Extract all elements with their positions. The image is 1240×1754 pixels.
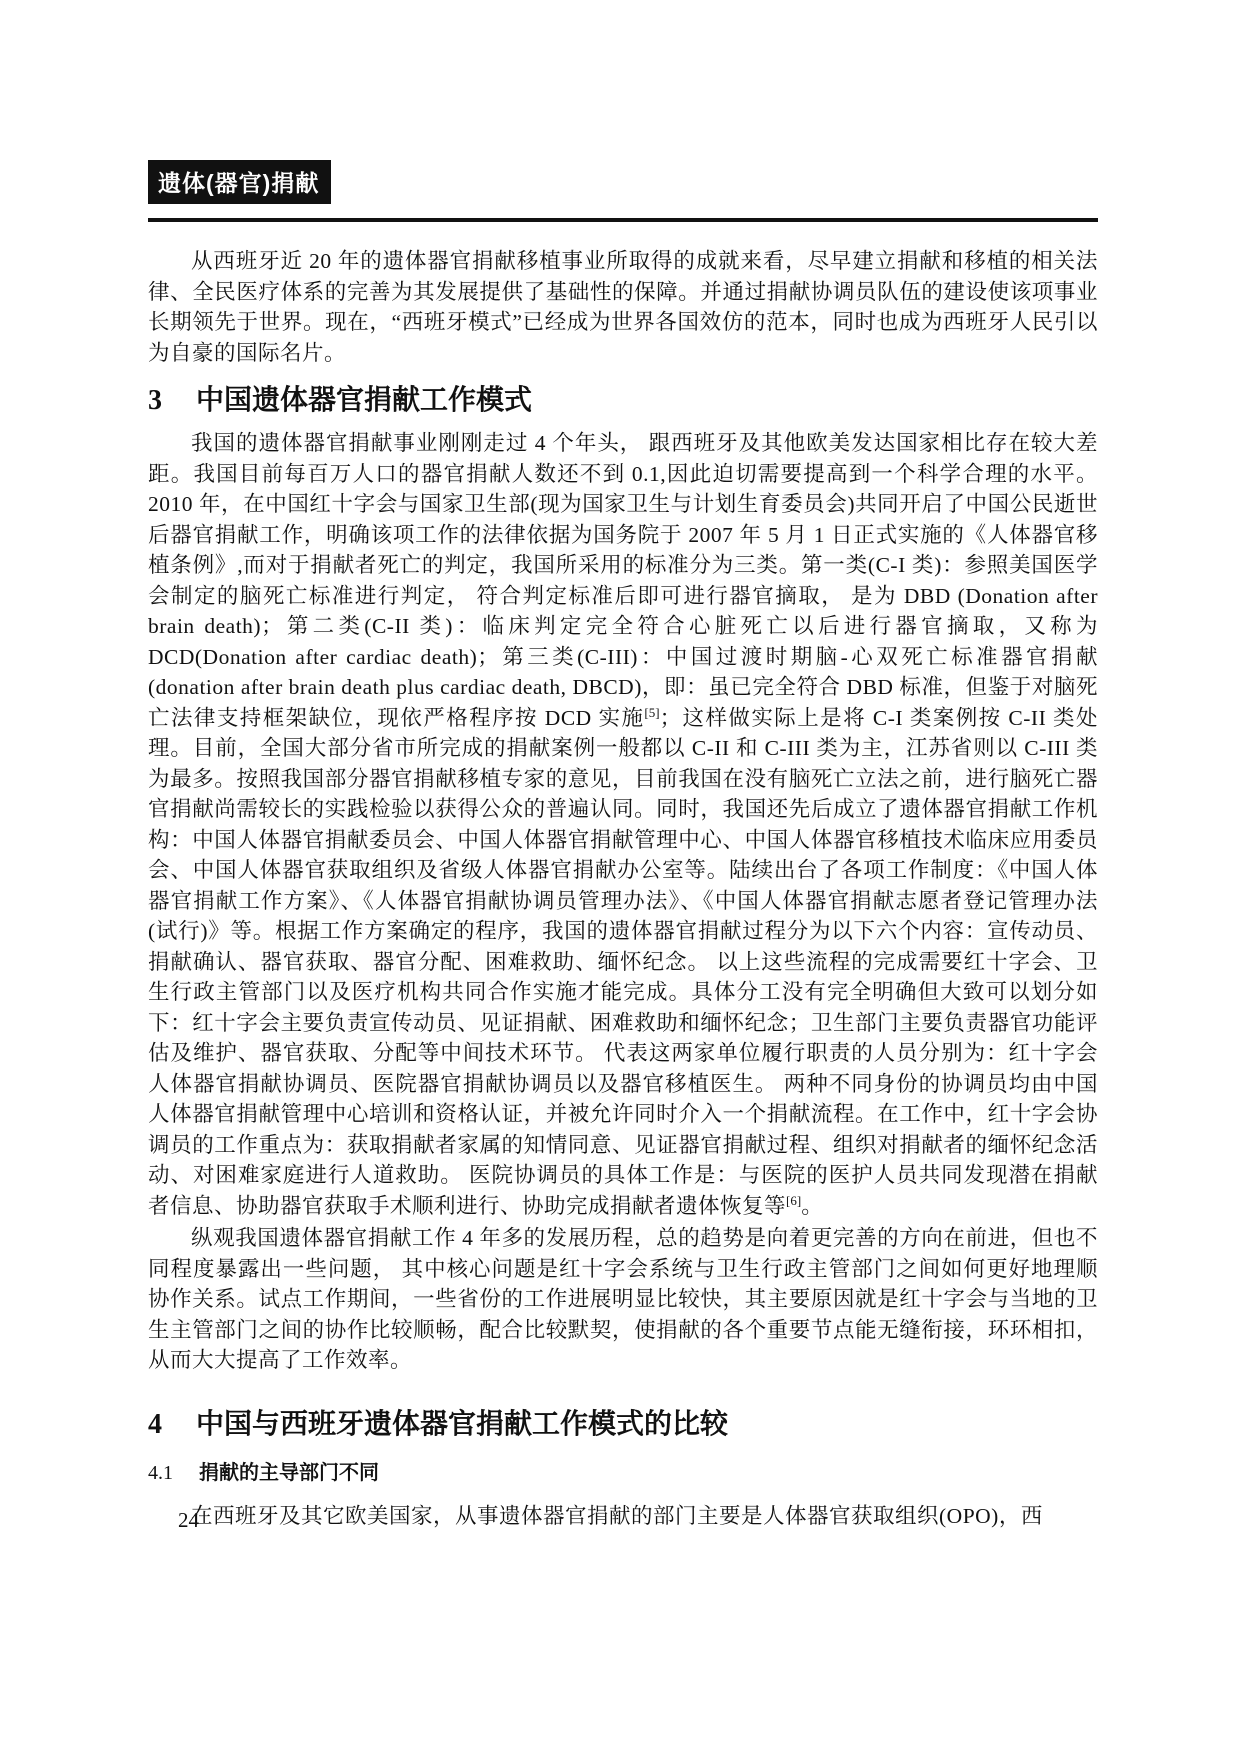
page-content: 遗体(器官)捐献 从西班牙近 20 年的遗体器官捐献移植事业所取得的成就来看，尽… xyxy=(148,160,1098,1533)
section-3-heading: 3 中国遗体器官捐献工作模式 xyxy=(148,378,1098,418)
subsection-4-1-title: 捐献的主导部门不同 xyxy=(199,1456,379,1485)
intro-paragraph: 从西班牙近 20 年的遗体器官捐献移植事业所取得的成就来看，尽早建立捐献和移植的… xyxy=(148,246,1098,368)
section-4-heading: 4 中国与西班牙遗体器官捐献工作模式的比较 xyxy=(148,1402,1098,1442)
page-number: 24 xyxy=(178,1508,199,1533)
section-4-title: 中国与西班牙遗体器官捐献工作模式的比较 xyxy=(196,1402,728,1442)
section-4-number: 4 xyxy=(148,1409,162,1441)
section-4-paragraph: 在西班牙及其它欧美国家，从事遗体器官捐献的部门主要是人体器官获取组织(OPO)，… xyxy=(148,1501,1098,1532)
section-3-number: 3 xyxy=(148,385,162,417)
chapter-header-badge: 遗体(器官)捐献 xyxy=(148,160,331,204)
section-3-summary-paragraph: 纵观我国遗体器官捐献工作 4 年多的发展历程，总的趋势是向着更完善的方向在前进，… xyxy=(148,1223,1098,1376)
subsection-4-1-number: 4.1 xyxy=(148,1462,173,1485)
section-3-paragraph: 我国的遗体器官捐献事业刚刚走过 4 个年头， 跟西班牙及其他欧美发达国家相比存在… xyxy=(148,428,1098,1221)
subsection-4-1-heading: 4.1 捐献的主导部门不同 xyxy=(148,1456,1098,1485)
document-page: 遗体(器官)捐献 从西班牙近 20 年的遗体器官捐献移植事业所取得的成就来看，尽… xyxy=(0,0,1240,1754)
section-3-title: 中国遗体器官捐献工作模式 xyxy=(196,378,532,418)
header-rule xyxy=(148,218,1098,222)
